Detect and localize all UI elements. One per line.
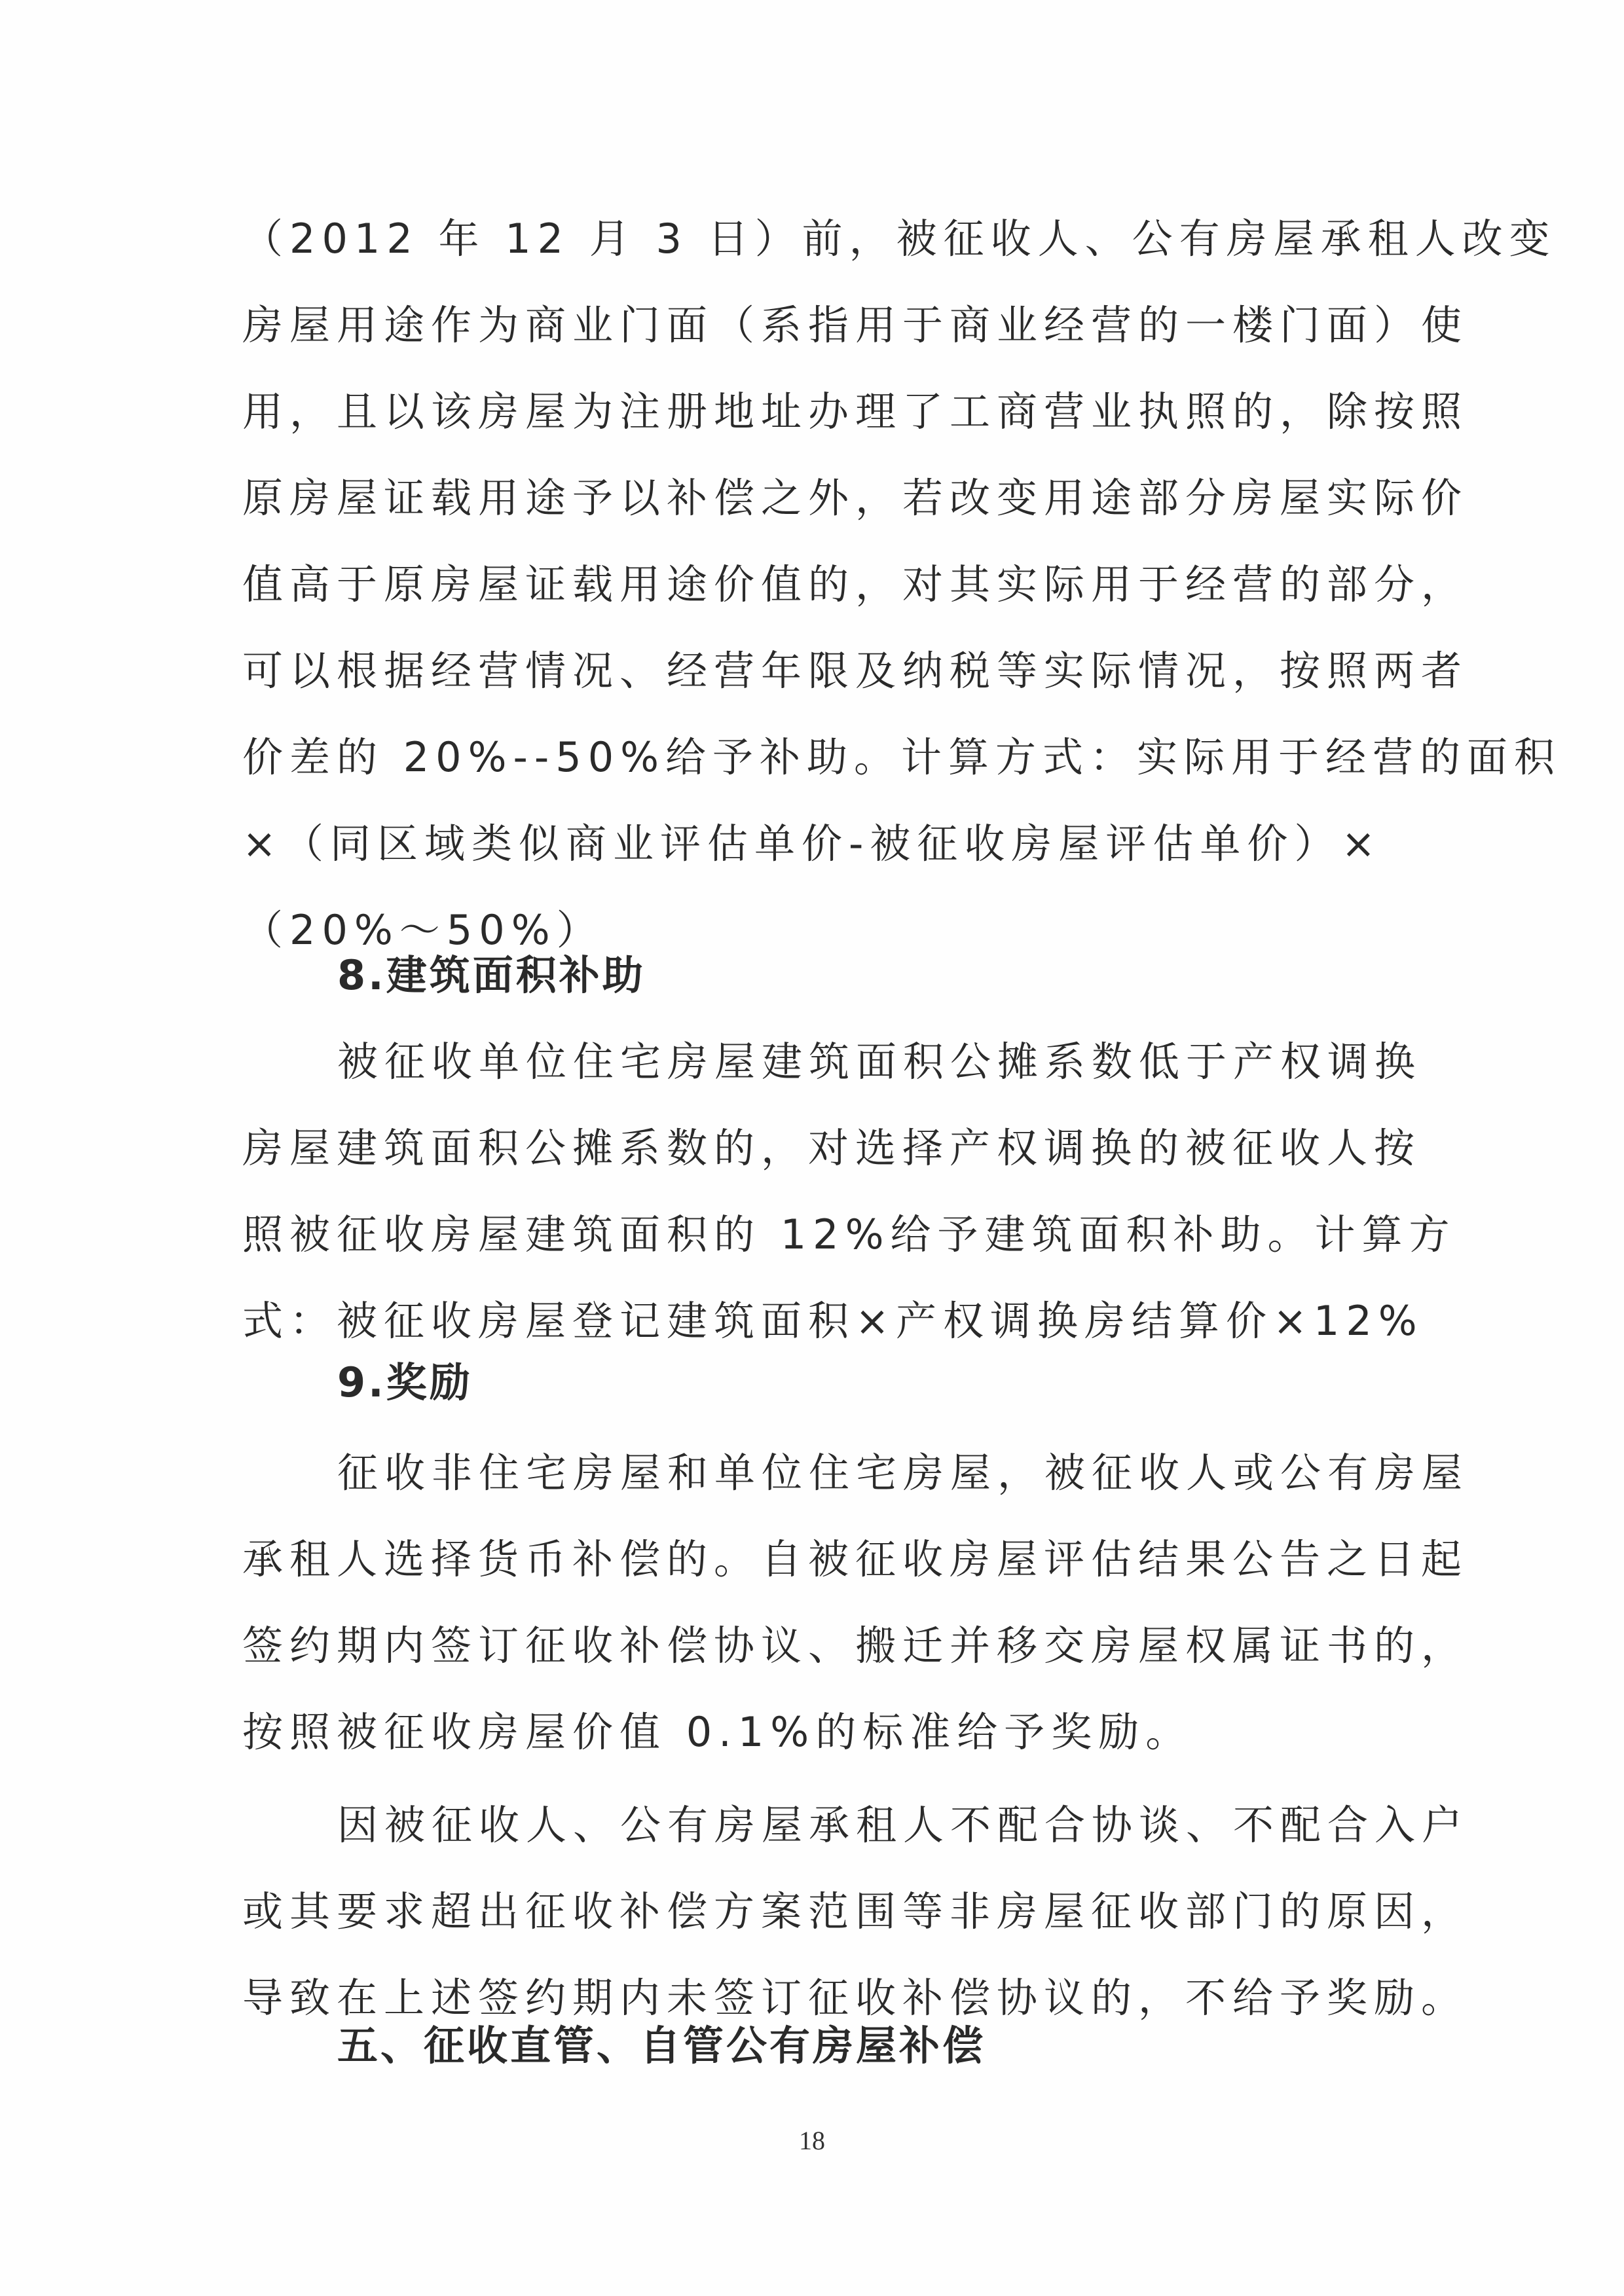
document-page: （2012 年 12 月 3 日）前，被征收人、公有房屋承租人改变 房屋用途作为…	[0, 0, 1624, 2296]
section-heading-8: 8.建筑面积补助	[337, 939, 1382, 1011]
page-number: 18	[747, 2121, 877, 2160]
paragraph-line: 房屋建筑面积公摊系数的，对选择产权调换的被征收人按	[242, 1112, 1382, 1184]
paragraph-line: 征收非住宅房屋和单位住宅房屋，被征收人或公有房屋	[337, 1437, 1382, 1509]
paragraph-line: 原房屋证载用途予以补偿之外，若改变用途部分房屋实际价	[242, 462, 1382, 534]
formula-line: ×（同区域类似商业评估单价-被征收房屋评估单价）×	[242, 808, 1382, 880]
paragraph-line: 可以根据经营情况、经营年限及纳税等实际情况，按照两者	[242, 635, 1382, 707]
paragraph-line: 照被征收房屋建筑面积的 12%给予建筑面积补助。计算方	[242, 1199, 1382, 1271]
paragraph-line: 签约期内签订征收补偿协议、搬迁并移交房屋权属证书的，	[242, 1610, 1382, 1682]
paragraph-line: 被征收单位住宅房屋建筑面积公摊系数低于产权调换	[337, 1026, 1382, 1098]
paragraph-line: 按照被征收房屋价值 0.1%的标准给予奖励。	[242, 1696, 1382, 1768]
paragraph-line: （2012 年 12 月 3 日）前，被征收人、公有房屋承租人改变	[242, 203, 1382, 275]
paragraph-line: 因被征收人、公有房屋承租人不配合协谈、不配合入户	[337, 1789, 1382, 1861]
paragraph-line: 值高于原房屋证载用途价值的，对其实际用于经营的部分，	[242, 549, 1382, 621]
paragraph-line: 价差的 20%--50%给予补助。计算方式：实际用于经营的面积	[242, 721, 1382, 793]
section-heading-5: 五、征收直管、自管公有房屋补偿	[337, 2010, 1382, 2082]
paragraph-line: 用，且以该房屋为注册地址办理了工商营业执照的，除按照	[242, 376, 1382, 448]
paragraph-line: 房屋用途作为商业门面（系指用于商业经营的一楼门面）使	[242, 289, 1382, 361]
section-heading-9: 9.奖励	[337, 1347, 1382, 1419]
paragraph-line: 承租人选择货币补偿的。自被征收房屋评估结果公告之日起	[242, 1523, 1382, 1595]
paragraph-line: 或其要求超出征收补偿方案范围等非房屋征收部门的原因，	[242, 1876, 1382, 1948]
